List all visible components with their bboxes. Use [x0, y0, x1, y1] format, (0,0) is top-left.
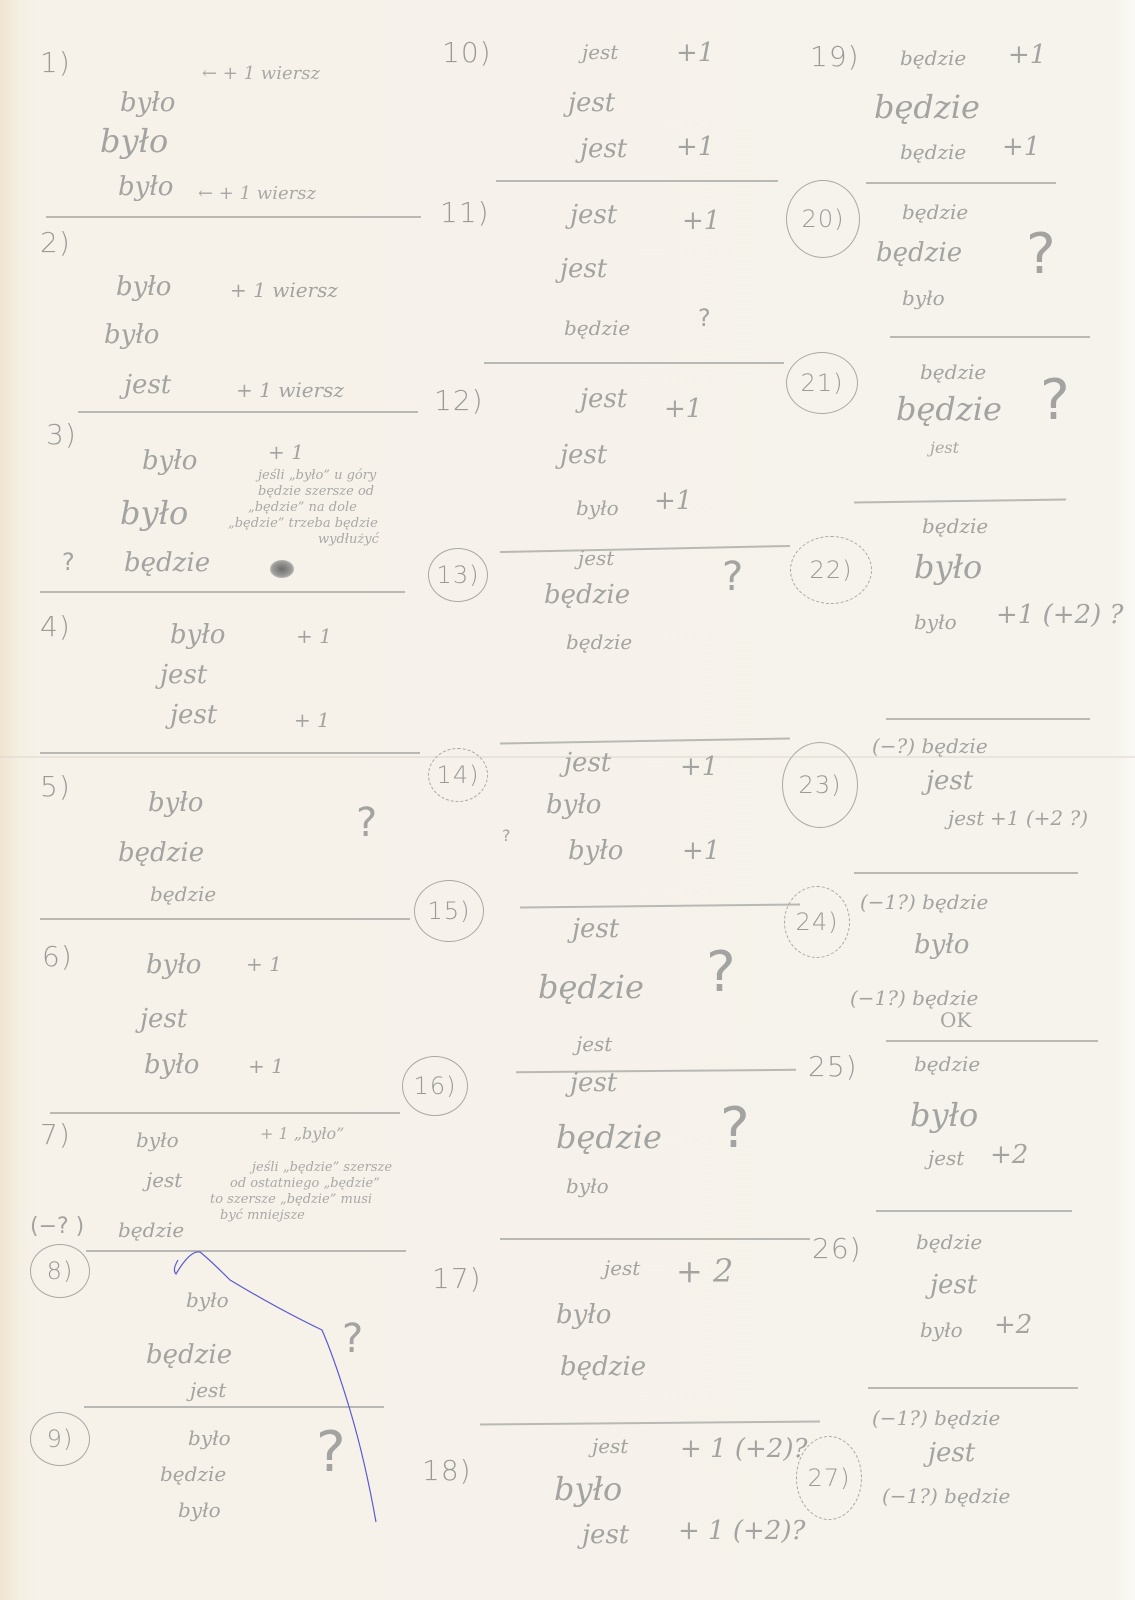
- item-number: 1): [40, 46, 71, 79]
- item-line: było: [554, 1470, 622, 1508]
- item-line: było: [100, 122, 168, 160]
- item-number: 6): [42, 940, 73, 973]
- item-line: jest: [582, 1520, 629, 1550]
- item-line: było: [914, 548, 982, 586]
- item-line: jest: [568, 88, 615, 118]
- divider-rule: [866, 182, 1056, 184]
- item-number: 5): [40, 770, 71, 803]
- item-annotation: +1: [664, 394, 702, 424]
- item-line: jest: [170, 700, 217, 730]
- item-line: jest: [570, 200, 617, 230]
- item-line: jest: [592, 1434, 628, 1458]
- column-1: 1) było ← + 1 wiersz było było ← + 1 wie…: [0, 0, 430, 1600]
- question-mark: ?: [1040, 368, 1070, 433]
- item-line: jest: [582, 40, 618, 64]
- divider-rule: [40, 918, 410, 920]
- item-line: będzie: [900, 140, 966, 164]
- item-line: będzie: [922, 514, 988, 538]
- divider-rule: [78, 411, 418, 413]
- item-line: jest: [928, 1438, 975, 1468]
- item-annotation: +1: [1008, 40, 1046, 70]
- margin-note: jeśli „będzie” szersze od ostatniego „bę…: [240, 1160, 402, 1224]
- item-number: 7): [40, 1118, 71, 1151]
- item-line: jest: [140, 1004, 187, 1034]
- item-number: 9): [30, 1412, 90, 1466]
- item-annotation: + 1: [294, 708, 330, 732]
- item-line: jest: [930, 440, 959, 456]
- item-line: będzie: [150, 882, 216, 906]
- item-annotation: + 1: [268, 440, 304, 464]
- column-2: 10) jest +1 jest jest +1 11) jest +1 jes…: [420, 0, 790, 1600]
- item-line: było: [116, 272, 171, 302]
- item-number: 13): [428, 548, 488, 602]
- item-line: było: [118, 172, 173, 202]
- item-line: będzie: [556, 1118, 662, 1156]
- item-number: 8): [30, 1244, 90, 1298]
- item-line: będzie: [124, 548, 210, 578]
- divider-rule: [484, 362, 784, 364]
- item-annotation: + 1 wiersz: [236, 378, 344, 402]
- item-line: jest: [930, 1270, 977, 1300]
- item-line: jest: [926, 766, 973, 796]
- item-line: było: [902, 286, 945, 310]
- item-number: 18): [422, 1454, 472, 1487]
- item-line: będzie: [118, 1218, 184, 1242]
- divider-rule: [40, 752, 420, 754]
- item-line: było: [556, 1300, 611, 1330]
- item-number: 11): [440, 196, 490, 229]
- item-line: jest: [928, 1146, 964, 1170]
- item-line: (−1?) będzie: [860, 890, 988, 914]
- item-number: 24): [784, 886, 850, 958]
- item-number: 19): [810, 40, 860, 73]
- item-annotation: +1 (+2) ?: [996, 600, 1123, 630]
- item-line: było: [144, 1050, 199, 1080]
- item-number: 2): [40, 226, 71, 259]
- divider-rule: [520, 904, 800, 908]
- item-annotation: +1 (+2 ?): [990, 806, 1088, 830]
- item-annotation: ← + 1 wiersz: [198, 186, 316, 202]
- item-line: jest: [604, 1256, 640, 1280]
- item-number: 16): [402, 1056, 468, 1116]
- item-line: będzie: [564, 316, 630, 340]
- divider-rule: [876, 1210, 1072, 1212]
- item-line: będzie: [538, 968, 644, 1006]
- item-line: było: [920, 1318, 963, 1342]
- item-number: 25): [808, 1050, 858, 1083]
- graphite-smudge: [270, 560, 294, 578]
- divider-rule: [480, 1421, 820, 1425]
- item-line: było: [546, 790, 601, 820]
- question-mark: ?: [722, 554, 743, 600]
- item-line: było: [914, 610, 957, 634]
- item-annotation: +1: [1002, 132, 1040, 162]
- item-line: było: [910, 1096, 978, 1134]
- item-line: będzie: [902, 200, 968, 224]
- item-line: będzie: [118, 838, 204, 868]
- item-line: jest: [124, 370, 171, 400]
- item-line: (−1?) będzie: [872, 1406, 1000, 1430]
- item-number: 14): [428, 748, 488, 802]
- item-line: (−1?) będzie: [882, 1484, 1010, 1508]
- divider-rule: [46, 216, 421, 218]
- item-annotation: +1: [676, 132, 714, 162]
- column-3: 19) będzie +1 będzie będzie +1 20) będzi…: [790, 0, 1120, 1600]
- item-line: jest: [160, 660, 207, 690]
- item-line: jest: [146, 1168, 182, 1192]
- question-mark: ?: [706, 940, 736, 1005]
- item-annotation: + 1 „było”: [260, 1126, 344, 1142]
- item-number: 22): [790, 536, 872, 604]
- divider-rule: [516, 1069, 796, 1073]
- margin-note: jeśli „było” u góry będzie szersze od „b…: [258, 468, 408, 548]
- item-line: było: [576, 496, 619, 520]
- item-line: było: [104, 320, 159, 350]
- question-mark: ?: [698, 304, 711, 332]
- item-annotation: + 1 (+2)?: [678, 1516, 805, 1546]
- item-line: jest: [580, 134, 627, 164]
- item-line: będzie: [914, 1052, 980, 1076]
- divider-rule: [886, 718, 1090, 720]
- divider-rule: [854, 499, 1066, 503]
- item-line: jest: [948, 806, 984, 830]
- item-number: 12): [434, 384, 484, 417]
- item-line: było: [142, 446, 197, 476]
- note-line: to szersze „będzie” musi: [210, 1192, 372, 1208]
- item-annotation: +1: [654, 486, 692, 516]
- item-line: jest: [570, 1068, 617, 1098]
- item-annotation: + 1 (+2)?: [680, 1434, 807, 1464]
- item-line: jest: [564, 748, 611, 778]
- item-number: 23): [782, 742, 858, 828]
- note-line: będzie szersze od: [258, 484, 408, 500]
- divider-rule: [886, 1040, 1098, 1042]
- item-line: jest: [572, 914, 619, 944]
- question-mark: ?: [62, 548, 75, 576]
- item-line: będzie: [560, 1352, 646, 1382]
- item-number: 3): [46, 418, 77, 451]
- item-annotation: +2: [990, 1140, 1028, 1170]
- item-annotation: ← + 1 wiersz: [202, 66, 320, 82]
- item-line: będzie: [874, 88, 980, 126]
- item-line: było: [120, 494, 188, 532]
- item-line: jest: [578, 546, 614, 570]
- divider-rule: [40, 591, 405, 593]
- divider-rule: [50, 1112, 400, 1114]
- item-line: było: [120, 88, 175, 118]
- note-line: „będzie” trzeba będzie: [228, 516, 378, 532]
- minus-question-mark: (−? ): [30, 1214, 84, 1239]
- item-number: 4): [40, 610, 71, 643]
- item-annotation: +1: [682, 836, 720, 866]
- question-mark: ?: [502, 826, 511, 845]
- divider-rule: [890, 336, 1090, 338]
- item-number: 10): [442, 36, 492, 69]
- item-line: było: [148, 788, 203, 818]
- divider-rule: [500, 737, 790, 744]
- item-line: jest: [576, 1032, 612, 1056]
- item-number: 21): [786, 352, 858, 414]
- note-line: „będzie” na dole: [248, 500, 398, 516]
- divider-rule: [496, 180, 778, 182]
- item-number: 15): [414, 880, 484, 942]
- item-annotation: + 1: [296, 624, 332, 648]
- blue-ink-stroke: [170, 1250, 390, 1530]
- item-number: 27): [796, 1436, 862, 1520]
- note-line: jeśli „będzie” szersze: [252, 1160, 414, 1176]
- item-line: będzie: [900, 46, 966, 70]
- item-line: było: [136, 1128, 179, 1152]
- item-line: jest: [560, 254, 607, 284]
- item-annotation: +1: [682, 206, 720, 236]
- item-line: (−1?) będzie: [850, 986, 978, 1010]
- item-line: będzie: [916, 1230, 982, 1254]
- item-annotation: +1: [676, 38, 714, 68]
- divider-rule: [500, 1238, 810, 1240]
- item-annotation: + 1 wiersz: [230, 278, 338, 302]
- item-line: będzie: [566, 630, 632, 654]
- item-annotation: + 1: [248, 1054, 284, 1078]
- item-annotation: +1: [680, 752, 718, 782]
- item-line: było: [566, 1174, 609, 1198]
- item-line: (−?) będzie: [872, 734, 988, 758]
- item-line: jest: [580, 384, 627, 414]
- divider-rule: [500, 545, 790, 553]
- divider-rule: [868, 1387, 1078, 1389]
- item-number: 26): [812, 1232, 862, 1265]
- item-annotation: + 2: [676, 1252, 733, 1290]
- item-line: było: [170, 620, 225, 650]
- item-line: było: [914, 930, 969, 960]
- question-mark: ?: [720, 1096, 750, 1161]
- question-mark: ?: [356, 800, 377, 846]
- divider-rule: [854, 872, 1078, 874]
- item-line: będzie: [896, 390, 1002, 428]
- item-line: było: [568, 836, 623, 866]
- note-line: jeśli „było” u góry: [258, 468, 408, 484]
- question-mark: ?: [1026, 222, 1056, 287]
- item-line: jest: [560, 440, 607, 470]
- ok-annotation: OK: [940, 1008, 971, 1032]
- note-line: od ostatniego „będzie”: [230, 1176, 392, 1192]
- item-line: będzie: [544, 580, 630, 610]
- item-number: 17): [432, 1262, 482, 1295]
- item-line: było: [146, 950, 201, 980]
- item-line: będzie: [920, 360, 986, 384]
- item-line: będzie: [876, 238, 962, 268]
- item-number: 20): [786, 180, 860, 258]
- item-annotation: +2: [994, 1310, 1032, 1340]
- note-line: być mniejsze: [220, 1208, 382, 1224]
- item-annotation: + 1: [246, 952, 282, 976]
